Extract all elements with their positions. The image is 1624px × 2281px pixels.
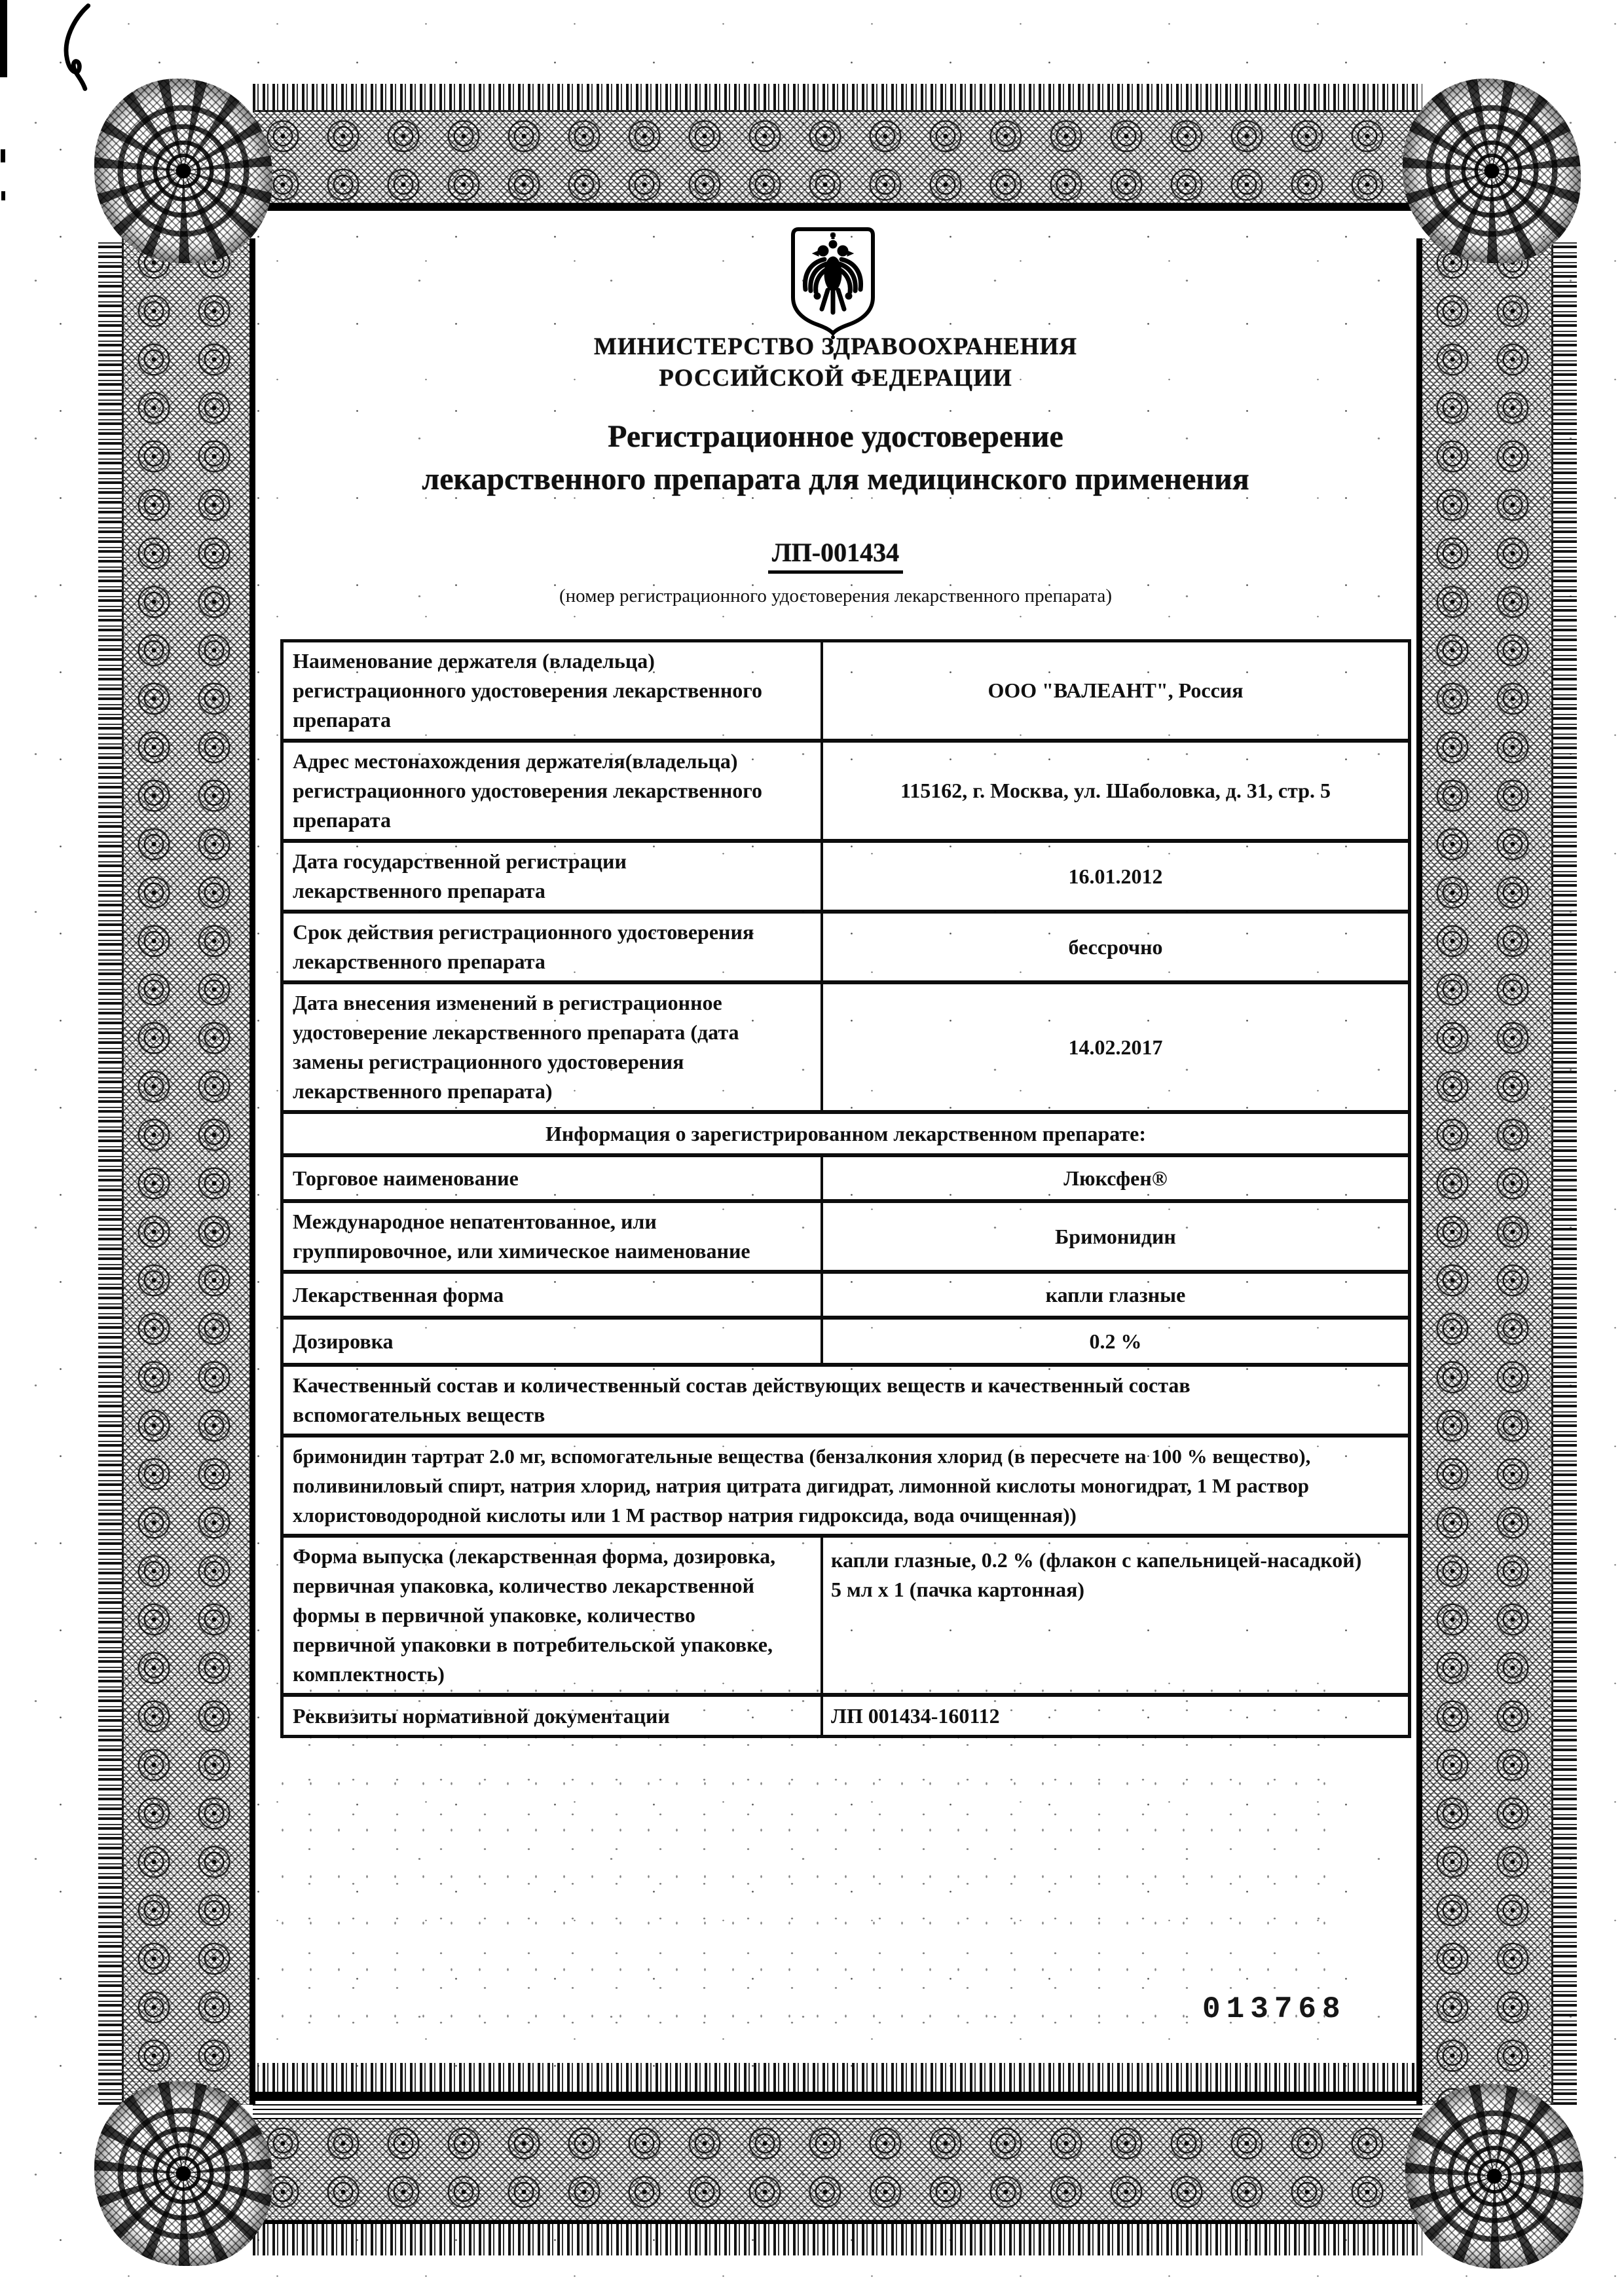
table-row: Дозировка 0.2 % [284, 1316, 1408, 1363]
document-scan: МИНИСТЕРСТВО ЗДРАВООХРАНЕНИЯ РОССИЙСКОЙ … [0, 0, 1624, 2281]
value-cell: Бримонидин [823, 1203, 1408, 1270]
ministry-line2: РОССИЙСКОЙ ФЕДЕРАЦИИ [255, 363, 1416, 394]
woven-pattern [253, 2119, 1422, 2224]
value-cell: бессрочно [823, 914, 1408, 980]
label-cell: Срок действия регистрационного удостовер… [284, 914, 823, 980]
table-row: Международное непатентованное, или групп… [284, 1199, 1408, 1270]
value-cell: 0.2 % [823, 1320, 1408, 1363]
table-section-row: бримонидин тартрат 2.0 мг, вспомогательн… [284, 1434, 1408, 1534]
corner-rosette-bottom-left [94, 2081, 272, 2266]
title-line1: Регистрационное удостоверение [255, 415, 1416, 458]
title-line2: лекарственного препарата для медицинског… [255, 458, 1416, 500]
label-cell: Торговое наименование [284, 1157, 823, 1199]
corner-rosette-top-right [1403, 79, 1581, 263]
fringe-pattern [253, 2224, 1422, 2255]
table-row: Срок действия регистрационного удостовер… [284, 910, 1408, 980]
label-cell: Наименование держателя (владельца) регис… [284, 642, 823, 739]
label-cell: Дата государственной регистрации лекарст… [284, 843, 823, 910]
ministry-name: МИНИСТЕРСТВО ЗДРАВООХРАНЕНИЯ РОССИЙСКОЙ … [255, 331, 1416, 394]
fringe-pattern [98, 238, 122, 2105]
scan-edge-artifact [1, 191, 5, 200]
woven-pattern [122, 238, 255, 2105]
value-cell: Люксфен® [823, 1157, 1408, 1199]
border-right-band [1416, 238, 1577, 2105]
registration-table: Наименование держателя (владельца) регис… [280, 639, 1411, 1738]
label-cell: Лекарственная форма [284, 1274, 823, 1316]
border-bottom-band [253, 2063, 1422, 2259]
scan-edge-artifact [0, 0, 7, 77]
table-section-row: Качественный состав и количественный сос… [284, 1363, 1408, 1434]
table-row: Лекарственная форма капли глазные [284, 1270, 1408, 1316]
label-cell: Дата внесения изменений в регистрационно… [284, 984, 823, 1110]
russia-coat-of-arms-icon [790, 227, 876, 339]
table-row: Дата государственной регистрации лекарст… [284, 839, 1408, 910]
composition-header: Качественный состав и количественный сос… [284, 1367, 1408, 1434]
table-section-row: Информация о зарегистрированном лекарств… [284, 1110, 1408, 1153]
composition-text: бримонидин тартрат 2.0 мг, вспомогательн… [284, 1437, 1408, 1534]
fringe-pattern [253, 2063, 1422, 2092]
woven-pattern [1416, 238, 1553, 2105]
registration-number-note: (номер регистрационного удостоверения ле… [255, 585, 1416, 607]
table-row: Торговое наименование Люксфен® [284, 1153, 1408, 1199]
stripe-pattern [253, 2100, 1422, 2119]
value-cell: капли глазные [823, 1274, 1408, 1316]
label-cell: Форма выпуска (лекарственная форма, дози… [284, 1538, 823, 1693]
stamp-number: 013768 [1202, 1992, 1346, 2026]
table-row: Наименование держателя (владельца) регис… [284, 642, 1408, 739]
label-cell: Адрес местонахождения держателя(владельц… [284, 743, 823, 839]
label-cell: Дозировка [284, 1320, 823, 1363]
label-cell: Реквизиты нормативной документации [284, 1697, 823, 1735]
document-title: Регистрационное удостоверение лекарствен… [255, 415, 1416, 500]
value-cell: ООО "ВАЛЕАНТ", Россия [823, 642, 1408, 739]
registration-number: ЛП-001434 [768, 537, 903, 574]
fringe-pattern [253, 84, 1422, 110]
table-row: Форма выпуска (лекарственная форма, дози… [284, 1534, 1408, 1693]
table-row: Дата внесения изменений в регистрационно… [284, 980, 1408, 1110]
corner-rosette-top-left [94, 79, 272, 263]
value-cell: 14.02.2017 [823, 984, 1408, 1110]
scan-edge-artifact [1, 149, 5, 162]
value-cell: капли глазные, 0.2 % (флакон с капельниц… [823, 1538, 1408, 1693]
fringe-pattern [1553, 238, 1577, 2105]
table-row: Реквизиты нормативной документации ЛП 00… [284, 1693, 1408, 1735]
table-row: Адрес местонахождения держателя(владельц… [284, 739, 1408, 839]
value-cell: 115162, г. Москва, ул. Шаболовка, д. 31,… [823, 743, 1408, 839]
woven-pattern [253, 110, 1422, 211]
label-cell: Международное непатентованное, или групп… [284, 1203, 823, 1270]
value-cell: ЛП 001434-160112 [823, 1697, 1408, 1735]
value-cell: 16.01.2012 [823, 843, 1408, 910]
border-rule [253, 2092, 1422, 2100]
ministry-line1: МИНИСТЕРСТВО ЗДРАВООХРАНЕНИЯ [255, 331, 1416, 363]
registration-number-block: ЛП-001434 [255, 537, 1416, 574]
info-section-header: Информация о зарегистрированном лекарств… [284, 1114, 1408, 1153]
corner-rosette-bottom-right [1405, 2084, 1583, 2269]
border-left-band [98, 238, 255, 2105]
border-top-band [253, 84, 1422, 211]
